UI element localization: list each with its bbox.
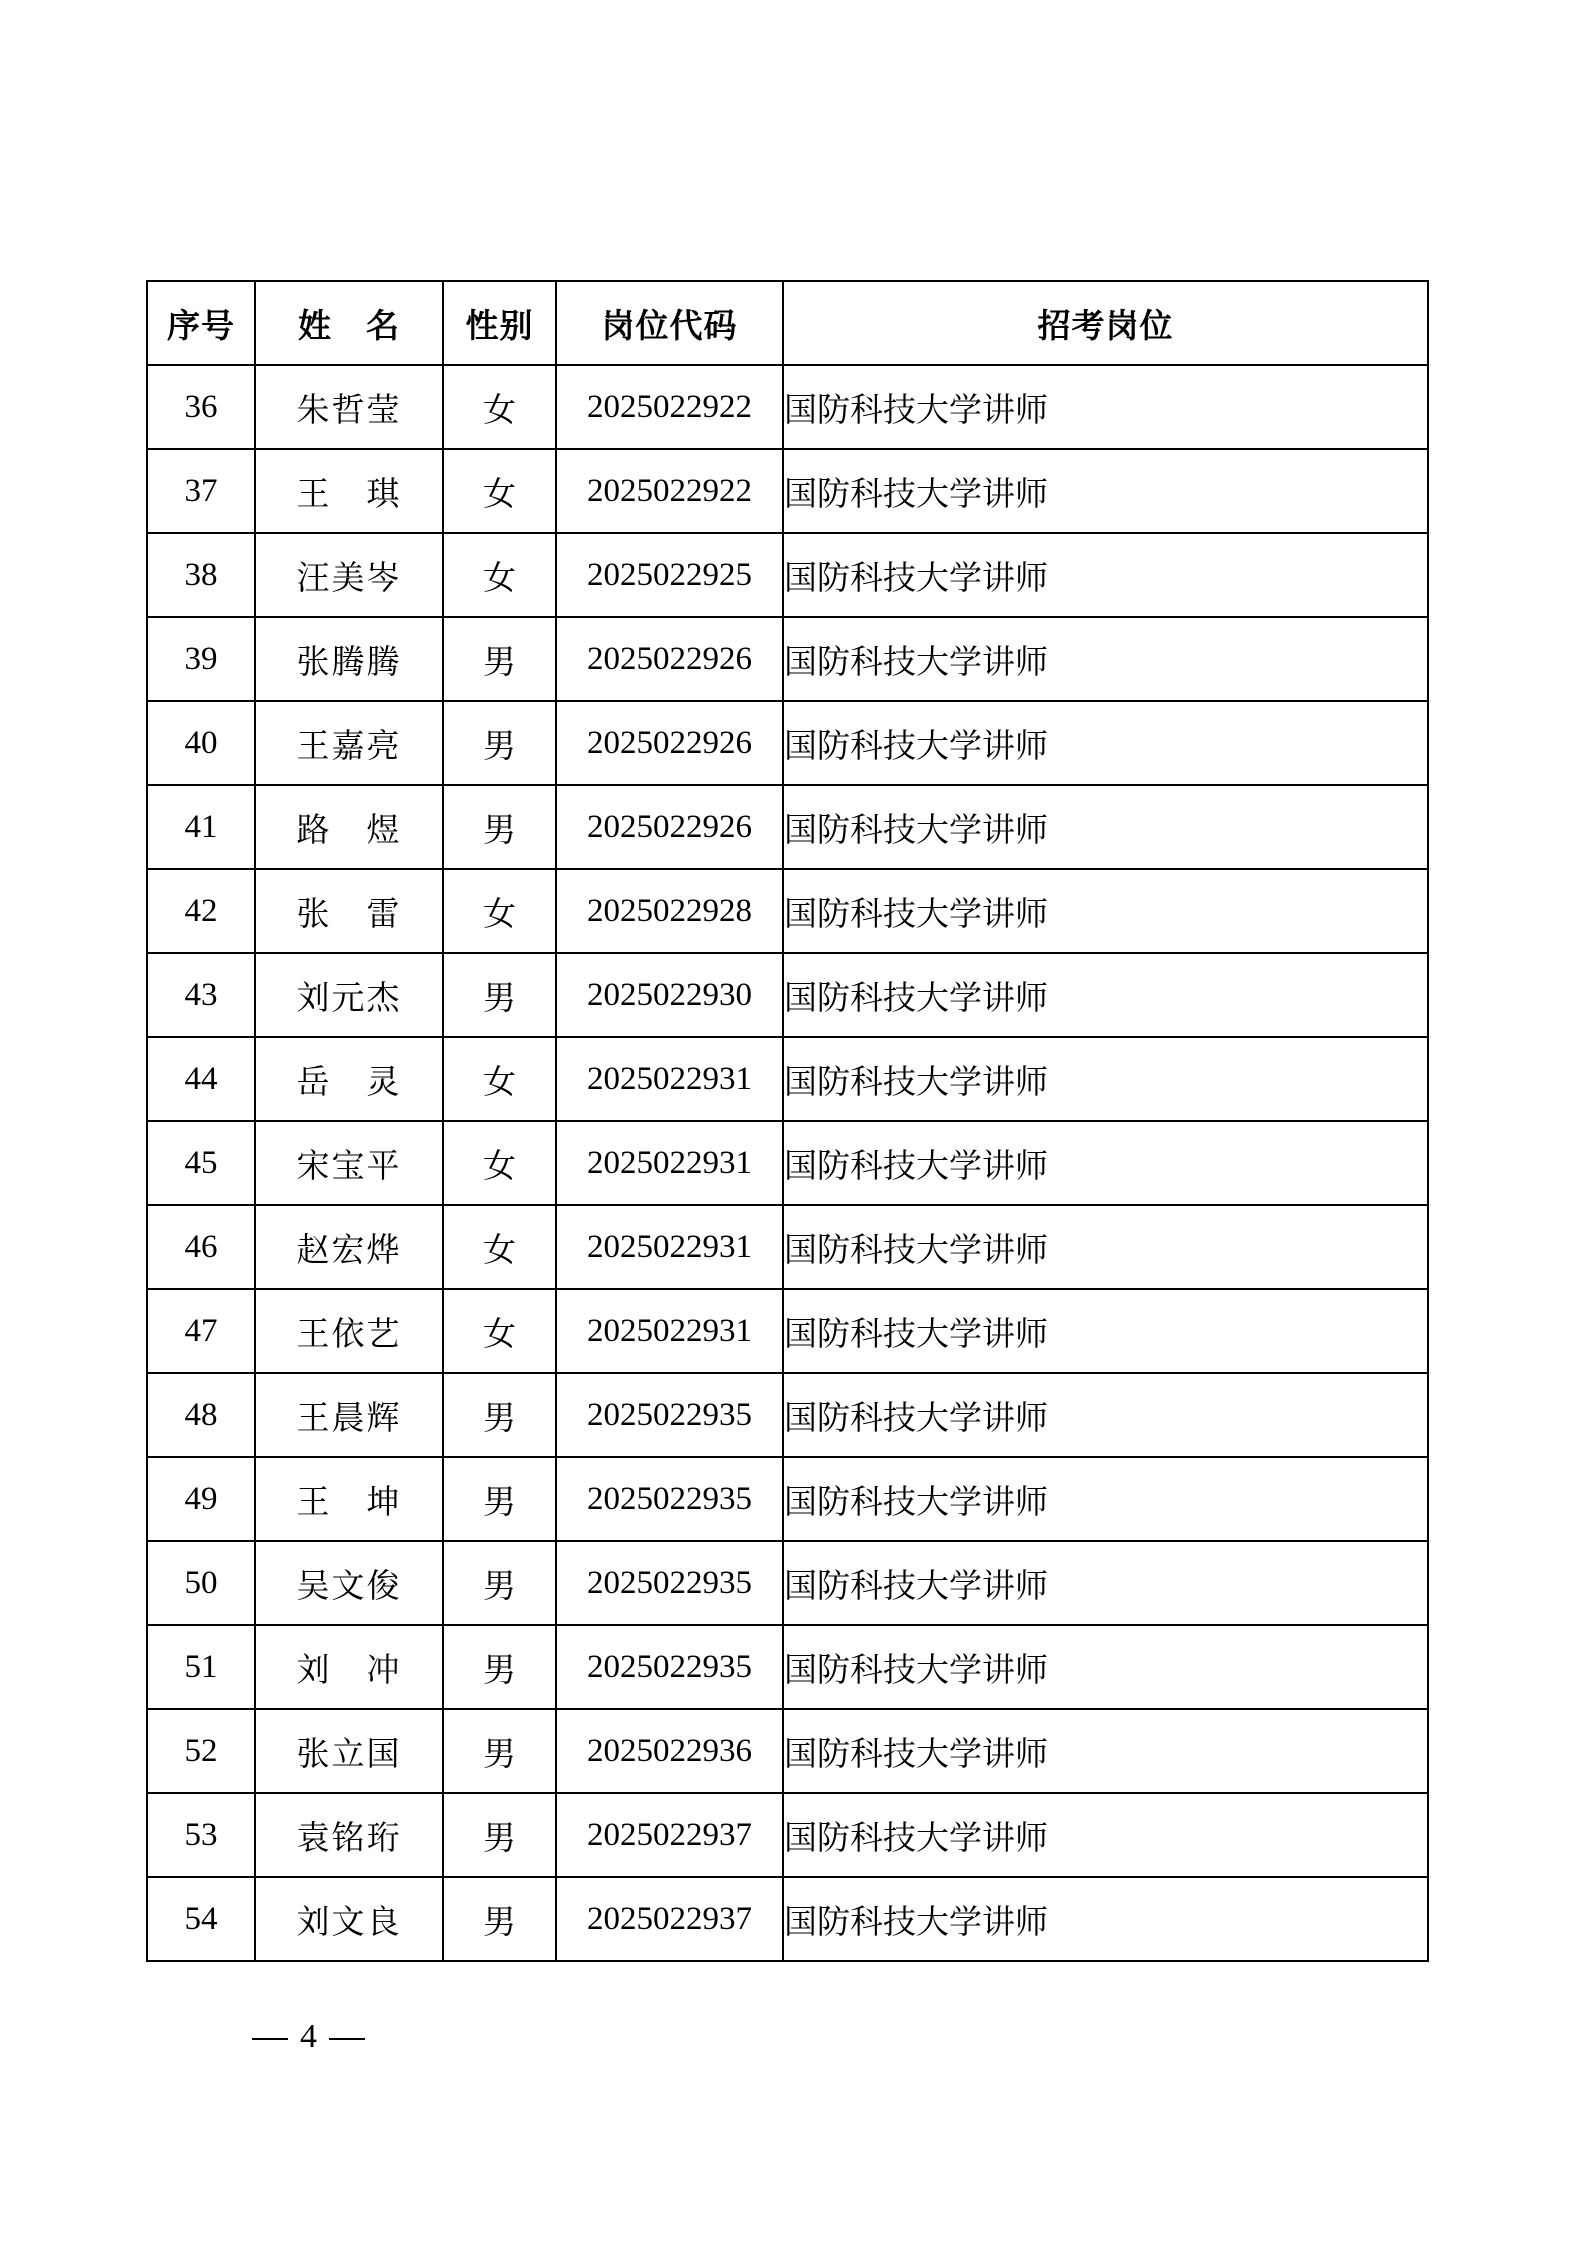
cell-gender: 男 [443,1877,556,1961]
page-number: 4 [240,2018,377,2056]
cell-name: 汪美岑 [255,533,443,617]
cell-gender: 女 [443,869,556,953]
cell-position: 国防科技大学讲师 [783,701,1428,785]
header-position-code: 岗位代码 [556,281,783,365]
cell-serial-number: 38 [147,533,255,617]
cell-position-code: 2025022928 [556,869,783,953]
cell-serial-number: 41 [147,785,255,869]
table-row: 47王依艺女2025022931国防科技大学讲师 [147,1289,1428,1373]
cell-gender: 女 [443,1121,556,1205]
cell-position: 国防科技大学讲师 [783,1037,1428,1121]
cell-serial-number: 40 [147,701,255,785]
cell-position: 国防科技大学讲师 [783,1457,1428,1541]
cell-position: 国防科技大学讲师 [783,785,1428,869]
cell-position: 国防科技大学讲师 [783,1205,1428,1289]
cell-name: 岳 灵 [255,1037,443,1121]
cell-position: 国防科技大学讲师 [783,1709,1428,1793]
cell-position: 国防科技大学讲师 [783,1877,1428,1961]
cell-position-code: 2025022931 [556,1289,783,1373]
cell-serial-number: 50 [147,1541,255,1625]
header-position: 招考岗位 [783,281,1428,365]
cell-position: 国防科技大学讲师 [783,1373,1428,1457]
cell-name: 袁铭珩 [255,1793,443,1877]
table-row: 40王嘉亮男2025022926国防科技大学讲师 [147,701,1428,785]
cell-serial-number: 46 [147,1205,255,1289]
table-row: 38汪美岑女2025022925国防科技大学讲师 [147,533,1428,617]
cell-position-code: 2025022922 [556,449,783,533]
table-row: 45宋宝平女2025022931国防科技大学讲师 [147,1121,1428,1205]
cell-position: 国防科技大学讲师 [783,1541,1428,1625]
cell-position-code: 2025022922 [556,365,783,449]
cell-position-code: 2025022935 [556,1457,783,1541]
table-row: 48王晨辉男2025022935国防科技大学讲师 [147,1373,1428,1457]
cell-position: 国防科技大学讲师 [783,1289,1428,1373]
cell-gender: 女 [443,533,556,617]
cell-gender: 女 [443,1205,556,1289]
cell-name: 王晨辉 [255,1373,443,1457]
cell-serial-number: 53 [147,1793,255,1877]
table-row: 52张立国男2025022936国防科技大学讲师 [147,1709,1428,1793]
table-row: 37王 琪女2025022922国防科技大学讲师 [147,449,1428,533]
cell-gender: 女 [443,1289,556,1373]
candidate-table: 序号 姓 名 性别 岗位代码 招考岗位 36朱哲莹女2025022922国防科技… [146,280,1429,1962]
cell-serial-number: 49 [147,1457,255,1541]
cell-gender: 女 [443,365,556,449]
cell-name: 宋宝平 [255,1121,443,1205]
cell-position-code: 2025022926 [556,617,783,701]
cell-position: 国防科技大学讲师 [783,617,1428,701]
cell-name: 路 煜 [255,785,443,869]
cell-name: 张腾腾 [255,617,443,701]
cell-gender: 男 [443,1541,556,1625]
page-number-value: 4 [300,2018,317,2055]
table-row: 46赵宏烨女2025022931国防科技大学讲师 [147,1205,1428,1289]
cell-serial-number: 45 [147,1121,255,1205]
cell-gender: 男 [443,953,556,1037]
cell-position-code: 2025022935 [556,1373,783,1457]
cell-position-code: 2025022937 [556,1877,783,1961]
cell-serial-number: 36 [147,365,255,449]
cell-name: 吴文俊 [255,1541,443,1625]
cell-name: 张立国 [255,1709,443,1793]
cell-serial-number: 39 [147,617,255,701]
cell-serial-number: 48 [147,1373,255,1457]
cell-name: 王嘉亮 [255,701,443,785]
table-body: 36朱哲莹女2025022922国防科技大学讲师37王 琪女2025022922… [147,365,1428,1961]
cell-name: 王 坤 [255,1457,443,1541]
document-page: 序号 姓 名 性别 岗位代码 招考岗位 36朱哲莹女2025022922国防科技… [0,0,1587,2245]
cell-position-code: 2025022930 [556,953,783,1037]
cell-position-code: 2025022937 [556,1793,783,1877]
cell-position-code: 2025022926 [556,701,783,785]
cell-gender: 男 [443,1625,556,1709]
cell-position: 国防科技大学讲师 [783,953,1428,1037]
cell-serial-number: 47 [147,1289,255,1373]
table-row: 42张 雷女2025022928国防科技大学讲师 [147,869,1428,953]
cell-position-code: 2025022931 [556,1205,783,1289]
cell-position: 国防科技大学讲师 [783,365,1428,449]
cell-name: 刘文良 [255,1877,443,1961]
cell-name: 赵宏烨 [255,1205,443,1289]
dash-left [252,2038,288,2040]
cell-position: 国防科技大学讲师 [783,869,1428,953]
cell-serial-number: 43 [147,953,255,1037]
table-row: 36朱哲莹女2025022922国防科技大学讲师 [147,365,1428,449]
cell-serial-number: 37 [147,449,255,533]
cell-gender: 女 [443,1037,556,1121]
header-name: 姓 名 [255,281,443,365]
cell-position: 国防科技大学讲师 [783,1625,1428,1709]
header-gender: 性别 [443,281,556,365]
cell-position: 国防科技大学讲师 [783,1793,1428,1877]
cell-gender: 男 [443,1793,556,1877]
cell-serial-number: 52 [147,1709,255,1793]
cell-position-code: 2025022931 [556,1121,783,1205]
table-row: 44岳 灵女2025022931国防科技大学讲师 [147,1037,1428,1121]
cell-position: 国防科技大学讲师 [783,1121,1428,1205]
table-row: 50吴文俊男2025022935国防科技大学讲师 [147,1541,1428,1625]
table-row: 53袁铭珩男2025022937国防科技大学讲师 [147,1793,1428,1877]
header-serial-number: 序号 [147,281,255,365]
cell-position: 国防科技大学讲师 [783,533,1428,617]
table-row: 43刘元杰男2025022930国防科技大学讲师 [147,953,1428,1037]
cell-position-code: 2025022926 [556,785,783,869]
cell-position: 国防科技大学讲师 [783,449,1428,533]
cell-serial-number: 54 [147,1877,255,1961]
cell-position-code: 2025022935 [556,1541,783,1625]
cell-gender: 男 [443,1457,556,1541]
cell-serial-number: 42 [147,869,255,953]
cell-name: 刘元杰 [255,953,443,1037]
table-row: 54刘文良男2025022937国防科技大学讲师 [147,1877,1428,1961]
cell-gender: 男 [443,701,556,785]
cell-position-code: 2025022936 [556,1709,783,1793]
cell-name: 王 琪 [255,449,443,533]
cell-position-code: 2025022925 [556,533,783,617]
table-row: 39张腾腾男2025022926国防科技大学讲师 [147,617,1428,701]
cell-position-code: 2025022931 [556,1037,783,1121]
cell-gender: 男 [443,617,556,701]
table-row: 51刘 冲男2025022935国防科技大学讲师 [147,1625,1428,1709]
cell-name: 王依艺 [255,1289,443,1373]
cell-name: 张 雷 [255,869,443,953]
cell-serial-number: 51 [147,1625,255,1709]
cell-gender: 男 [443,1373,556,1457]
dash-right [329,2038,365,2040]
cell-name: 朱哲莹 [255,365,443,449]
table-header-row: 序号 姓 名 性别 岗位代码 招考岗位 [147,281,1428,365]
cell-position-code: 2025022935 [556,1625,783,1709]
table-row: 49王 坤男2025022935国防科技大学讲师 [147,1457,1428,1541]
cell-gender: 女 [443,449,556,533]
cell-gender: 男 [443,785,556,869]
table-row: 41路 煜男2025022926国防科技大学讲师 [147,785,1428,869]
cell-name: 刘 冲 [255,1625,443,1709]
cell-serial-number: 44 [147,1037,255,1121]
cell-gender: 男 [443,1709,556,1793]
